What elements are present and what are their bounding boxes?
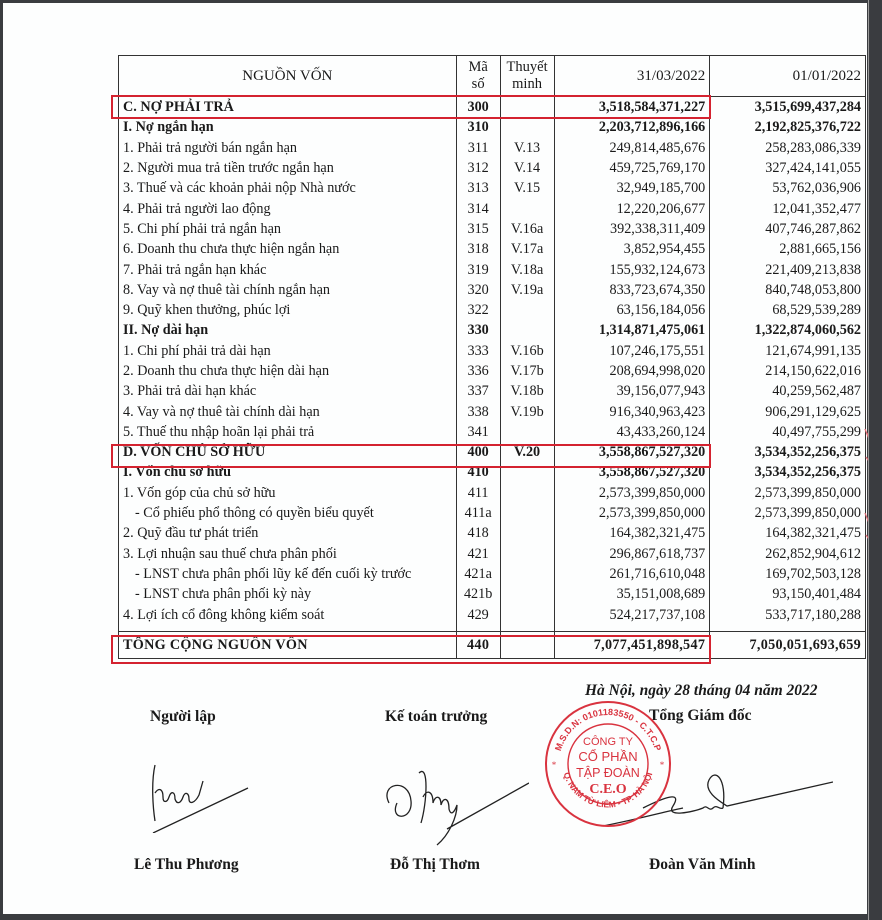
row-name: I. Vốn chủ sở hữu: [119, 462, 457, 482]
row-note: V.18a: [500, 259, 554, 279]
row-code: 411: [456, 483, 500, 503]
row-name: 6. Doanh thu chưa thực hiện ngắn hạn: [119, 239, 457, 259]
row-value-period-start: 2,573,399,850,000: [710, 483, 866, 503]
row-note: V.15: [500, 178, 554, 198]
header-thuyet-minh-line1: Thuyết: [507, 59, 548, 75]
row-value-period-start: 40,259,562,487: [710, 381, 866, 401]
table-row: 3. Phải trả dài hạn khác337V.18b39,156,0…: [119, 381, 866, 401]
chief-accountant-title: Kế toán trưởng: [385, 708, 487, 726]
table-row: - LNST chưa phân phối lũy kế đến cuối kỳ…: [119, 564, 866, 584]
row-name: 5. Chi phí phải trả ngắn hạn: [119, 219, 457, 239]
preparer-name: Lê Thu Phương: [134, 856, 239, 874]
row-note: [500, 422, 554, 442]
row-value-period-start: 258,283,086,339: [710, 138, 866, 158]
row-value-period-start: 2,573,399,850,000: [710, 503, 866, 523]
header-ma-so-line1: Mã: [468, 59, 487, 75]
row-value-period-start: 906,291,129,625: [710, 401, 866, 421]
row-value-period-start: 169,702,503,128: [710, 564, 866, 584]
row-value-period-end: 459,725,769,170: [554, 158, 710, 178]
table-row: 2. Quỹ đầu tư phát triển418164,382,321,4…: [119, 523, 866, 543]
row-code: 341: [456, 422, 500, 442]
table-row: 4. Phải trả người lao động31412,220,206,…: [119, 198, 866, 218]
total-code: 440: [456, 631, 500, 658]
row-value-period-end: 261,716,610,048: [554, 564, 710, 584]
row-value-period-start: 93,150,401,484: [710, 584, 866, 604]
row-note: [500, 483, 554, 503]
svg-text:*: *: [552, 760, 557, 770]
header-ma-so-line2: số: [472, 76, 485, 92]
row-name: - LNST chưa phân phối lũy kế đến cuối kỳ…: [119, 564, 457, 584]
table-body: C. NỢ PHẢI TRẢ3003,518,584,371,2273,515,…: [119, 97, 866, 659]
row-name: 8. Vay và nợ thuê tài chính ngắn hạn: [119, 280, 457, 300]
row-code: 411a: [456, 503, 500, 523]
row-name: - Cổ phiếu phổ thông có quyền biểu quyết: [119, 503, 457, 523]
table-row: 1. Phải trả người bán ngắn hạn311V.13249…: [119, 138, 866, 158]
row-value-period-end: 12,220,206,677: [554, 198, 710, 218]
header-thuyet-minh-line2: minh: [512, 76, 542, 92]
row-name: 9. Quỹ khen thưởng, phúc lợi: [119, 300, 457, 320]
row-code: 311: [456, 138, 500, 158]
table-row: - Cổ phiếu phổ thông có quyền biểu quyết…: [119, 503, 866, 523]
table-row: 4. Lợi ích cổ đông không kiểm soát429524…: [119, 604, 866, 624]
total-value-period-end: 7,077,451,898,547: [554, 631, 710, 658]
row-note: V.18b: [500, 381, 554, 401]
row-value-period-start: 1,322,874,060,562: [710, 320, 866, 340]
table-row: 2. Người mua trả tiền trước ngắn hạn312V…: [119, 158, 866, 178]
table-row: 5. Chi phí phải trả ngắn hạn315V.16a392,…: [119, 219, 866, 239]
row-code: 421a: [456, 564, 500, 584]
row-value-period-end: 164,382,321,475: [554, 523, 710, 543]
row-name: C. NỢ PHẢI TRẢ: [119, 97, 457, 118]
row-code: 320: [456, 280, 500, 300]
row-value-period-start: 3,534,352,256,375: [710, 442, 866, 462]
row-name: 4. Phải trả người lao động: [119, 198, 457, 218]
table-row: D. VỐN CHỦ SỞ HỮU400V.203,558,867,527,32…: [119, 442, 866, 462]
table-row: C. NỢ PHẢI TRẢ3003,518,584,371,2273,515,…: [119, 97, 866, 118]
row-value-period-end: 39,156,077,943: [554, 381, 710, 401]
total-value-period-start: 7,050,051,693,659: [710, 631, 866, 658]
row-note: V.16a: [500, 219, 554, 239]
row-note: V.14: [500, 158, 554, 178]
total-row: TỔNG CỘNG NGUỒN VỐN4407,077,451,898,5477…: [119, 631, 866, 658]
table-row: I. Vốn chủ sở hữu4103,558,867,527,3203,5…: [119, 462, 866, 482]
row-code: 330: [456, 320, 500, 340]
row-value-period-start: 214,150,622,016: [710, 361, 866, 381]
row-name: 3. Thuế và các khoản phải nộp Nhà nước: [119, 178, 457, 198]
row-value-period-start: 533,717,180,288: [710, 604, 866, 624]
row-note: V.19b: [500, 401, 554, 421]
row-note: [500, 300, 554, 320]
row-note: V.17a: [500, 239, 554, 259]
row-code: 314: [456, 198, 500, 218]
table-row: 3. Thuế và các khoản phải nộp Nhà nước31…: [119, 178, 866, 198]
row-value-period-end: 524,217,737,108: [554, 604, 710, 624]
table-row: 5. Thuế thu nhập hoãn lại phải trả34143,…: [119, 422, 866, 442]
row-note: V.16b: [500, 341, 554, 361]
svg-text:TẬP ĐOÀN: TẬP ĐOÀN: [576, 765, 640, 780]
row-name: 3. Lợi nhuận sau thuế chưa phân phối: [119, 544, 457, 564]
row-name: - LNST chưa phân phối kỳ này: [119, 584, 457, 604]
row-value-period-end: 32,949,185,700: [554, 178, 710, 198]
table-row: 6. Doanh thu chưa thực hiện ngắn hạn318V…: [119, 239, 866, 259]
row-code: 410: [456, 462, 500, 482]
row-note: [500, 523, 554, 543]
row-note: V.20: [500, 442, 554, 462]
row-name: 4. Lợi ích cổ đông không kiểm soát: [119, 604, 457, 624]
row-value-period-start: 3,534,352,256,375: [710, 462, 866, 482]
table-row: 2. Doanh thu chưa thực hiện dài hạn336V.…: [119, 361, 866, 381]
svg-text:C.E.O: C.E.O: [589, 782, 626, 797]
company-stamp-icon: M.S.D.N: 0101183550 - C.T.C.P Q. NAM TỪ …: [543, 699, 673, 829]
row-value-period-start: 3,515,699,437,284: [710, 97, 866, 118]
table-row: - LNST chưa phân phối kỳ này421b35,151,0…: [119, 584, 866, 604]
row-note: [500, 544, 554, 564]
table-row: 4. Vay và nợ thuê tài chính dài hạn338V.…: [119, 401, 866, 421]
table-row: 8. Vay và nợ thuê tài chính ngắn hạn320V…: [119, 280, 866, 300]
header-thuyet-minh: Thuyết minh: [500, 56, 554, 97]
row-value-period-start: 68,529,539,289: [710, 300, 866, 320]
row-value-period-end: 833,723,674,350: [554, 280, 710, 300]
row-value-period-end: 392,338,311,409: [554, 219, 710, 239]
svg-text:CÔNG TY: CÔNG TY: [583, 735, 634, 748]
row-value-period-start: 121,674,991,135: [710, 341, 866, 361]
row-note: [500, 584, 554, 604]
row-name: II. Nợ dài hạn: [119, 320, 457, 340]
row-value-period-end: 2,573,399,850,000: [554, 503, 710, 523]
total-note: [500, 631, 554, 658]
header-ma-so: Mã số: [456, 56, 500, 97]
row-name: 4. Vay và nợ thuê tài chính dài hạn: [119, 401, 457, 421]
row-note: V.17b: [500, 361, 554, 381]
row-code: 319: [456, 259, 500, 279]
table-row: I. Nợ ngắn hạn3102,203,712,896,1662,192,…: [119, 117, 866, 137]
row-code: 400: [456, 442, 500, 462]
preparer-title: Người lập: [150, 708, 216, 726]
row-note: [500, 604, 554, 624]
header-period-end: 31/03/2022: [554, 56, 710, 97]
table-header-row: NGUỒN VỐN Mã số Thuyết minh 31/03/2022 0…: [119, 56, 866, 97]
row-value-period-start: 12,041,352,477: [710, 198, 866, 218]
row-value-period-end: 107,246,175,551: [554, 341, 710, 361]
row-note: [500, 564, 554, 584]
preparer-signature-icon: [143, 753, 253, 833]
row-value-period-end: 1,314,871,475,061: [554, 320, 710, 340]
row-value-period-start: 2,192,825,376,722: [710, 117, 866, 137]
table-row: 1. Chi phí phải trả dài hạn333V.16b107,2…: [119, 341, 866, 361]
row-value-period-end: 63,156,184,056: [554, 300, 710, 320]
table-row: II. Nợ dài hạn3301,314,871,475,0611,322,…: [119, 320, 866, 340]
viewer-scrollbar[interactable]: [868, 0, 882, 920]
row-code: 300: [456, 97, 500, 118]
row-value-period-end: 916,340,963,423: [554, 401, 710, 421]
row-value-period-end: 2,203,712,896,166: [554, 117, 710, 137]
row-note: [500, 320, 554, 340]
row-value-period-start: 53,762,036,906: [710, 178, 866, 198]
row-code: 322: [456, 300, 500, 320]
table-row: 7. Phải trả ngắn hạn khác319V.18a155,932…: [119, 259, 866, 279]
row-name: 3. Phải trả dài hạn khác: [119, 381, 457, 401]
row-value-period-end: 249,814,485,676: [554, 138, 710, 158]
row-code: 310: [456, 117, 500, 137]
row-code: 418: [456, 523, 500, 543]
row-value-period-end: 155,932,124,673: [554, 259, 710, 279]
row-code: 338: [456, 401, 500, 421]
row-value-period-start: 262,852,904,612: [710, 544, 866, 564]
header-nguon-von: NGUỒN VỐN: [119, 56, 457, 97]
row-name: 1. Vốn góp của chủ sở hữu: [119, 483, 457, 503]
row-value-period-start: 221,409,213,838: [710, 259, 866, 279]
row-value-period-start: 164,382,321,475: [710, 523, 866, 543]
row-value-period-start: 407,746,287,862: [710, 219, 866, 239]
balance-sheet-table: NGUỒN VỐN Mã số Thuyết minh 31/03/2022 0…: [118, 55, 866, 659]
row-code: 421: [456, 544, 500, 564]
row-note: V.19a: [500, 280, 554, 300]
row-code: 318: [456, 239, 500, 259]
row-value-period-end: 3,518,584,371,227: [554, 97, 710, 118]
header-period-start: 01/01/2022: [710, 56, 866, 97]
row-value-period-end: 43,433,260,124: [554, 422, 710, 442]
chief-accountant-signature-icon: [379, 763, 529, 848]
ceo-name: Đoàn Văn Minh: [649, 856, 756, 874]
row-value-period-end: 296,867,618,737: [554, 544, 710, 564]
row-value-period-start: 2,881,665,156: [710, 239, 866, 259]
row-value-period-end: 208,694,998,020: [554, 361, 710, 381]
svg-text:CỔ PHẦN: CỔ PHẦN: [578, 749, 637, 764]
row-value-period-end: 3,558,867,527,320: [554, 442, 710, 462]
table-row: 1. Vốn góp của chủ sở hữu4112,573,399,85…: [119, 483, 866, 503]
row-code: 315: [456, 219, 500, 239]
row-name: 2. Doanh thu chưa thực hiện dài hạn: [119, 361, 457, 381]
row-name: 1. Chi phí phải trả dài hạn: [119, 341, 457, 361]
row-value-period-start: 327,424,141,055: [710, 158, 866, 178]
row-name: 5. Thuế thu nhập hoãn lại phải trả: [119, 422, 457, 442]
row-note: [500, 198, 554, 218]
row-code: 333: [456, 341, 500, 361]
row-code: 312: [456, 158, 500, 178]
table-row: 9. Quỹ khen thưởng, phúc lợi32263,156,18…: [119, 300, 866, 320]
row-value-period-end: 35,151,008,689: [554, 584, 710, 604]
row-name: D. VỐN CHỦ SỞ HỮU: [119, 442, 457, 462]
row-name: I. Nợ ngắn hạn: [119, 117, 457, 137]
row-code: 429: [456, 604, 500, 624]
row-note: [500, 97, 554, 118]
row-note: [500, 462, 554, 482]
chief-accountant-name: Đỗ Thị Thơm: [390, 856, 480, 874]
row-value-period-end: 3,852,954,455: [554, 239, 710, 259]
row-value-period-end: 3,558,867,527,320: [554, 462, 710, 482]
table-row: 3. Lợi nhuận sau thuế chưa phân phối4212…: [119, 544, 866, 564]
row-code: 337: [456, 381, 500, 401]
svg-text:*: *: [660, 760, 665, 770]
row-value-period-start: 840,748,053,800: [710, 280, 866, 300]
document-page: NGUỒN VỐN Mã số Thuyết minh 31/03/2022 0…: [3, 3, 867, 914]
row-value-period-end: 2,573,399,850,000: [554, 483, 710, 503]
row-note: V.13: [500, 138, 554, 158]
row-name: 2. Quỹ đầu tư phát triển: [119, 523, 457, 543]
row-name: 1. Phải trả người bán ngắn hạn: [119, 138, 457, 158]
place-date: Hà Nội, ngày 28 tháng 04 năm 2022: [585, 682, 818, 700]
total-name: TỔNG CỘNG NGUỒN VỐN: [119, 631, 457, 658]
row-name: 7. Phải trả ngắn hạn khác: [119, 259, 457, 279]
row-name: 2. Người mua trả tiền trước ngắn hạn: [119, 158, 457, 178]
row-code: 313: [456, 178, 500, 198]
row-code: 336: [456, 361, 500, 381]
row-value-period-start: 40,497,755,299: [710, 422, 866, 442]
row-code: 421b: [456, 584, 500, 604]
row-note: [500, 117, 554, 137]
row-note: [500, 503, 554, 523]
